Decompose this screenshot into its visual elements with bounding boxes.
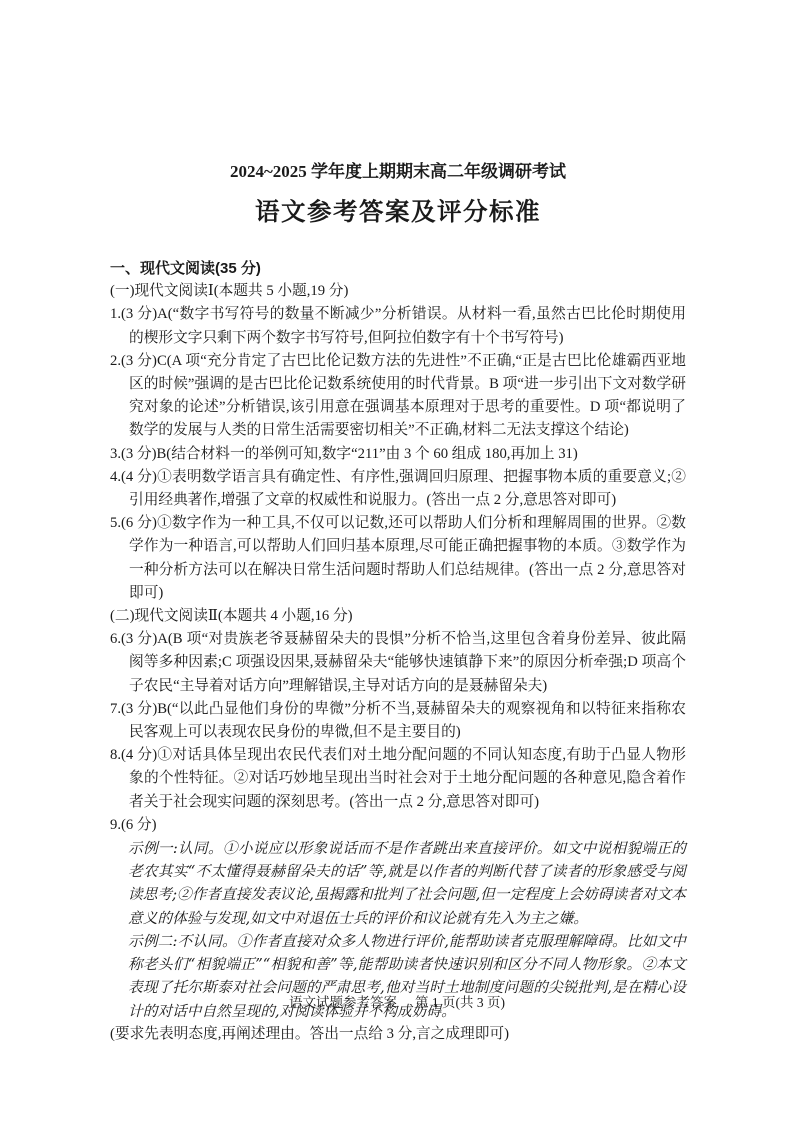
subsection-heading-reading-1: (一)现代文阅读Ⅰ(本题共 5 小题,19 分) [110,280,686,303]
page-footer: 语文试题参考答案第 1 页(共 3 页) [0,991,794,1011]
answer-item-q5: 5.(6 分)①数字作为一种工具,不仅可以记数,还可以帮助人们分析和理解周围的世… [110,512,686,605]
answer-item-q2: 2.(3 分)C(A 项“充分肯定了古巴比伦记数方法的先进性”不正确,“正是古巴… [110,350,686,443]
page-content: 2024~2025 学年度上期期末高二年级调研考试 语文参考答案及评分标准 一、… [110,160,686,1046]
answer-item-q1: 1.(3 分)A(“数字书写符号的数量不断减少”分析错误。从材料一看,虽然古巴比… [110,303,686,349]
answer-item-q4: 4.(4 分)①表明数学语言具有确定性、有序性,强调回归原理、把握事物本质的重要… [110,466,686,512]
document-page: 2024~2025 学年度上期期末高二年级调研考试 语文参考答案及评分标准 一、… [0,0,794,1123]
footer-document-label: 语文试题参考答案 [289,995,397,1010]
page-title: 语文参考答案及评分标准 [110,196,686,230]
answer-item-q7: 7.(3 分)B(“以此凸显他们身份的卑微”分析不当,聂赫留朵夫的观察视角和以特… [110,698,686,744]
example-answer-1: 示例一:认同。①小说应以形象说话而不是作者跳出来直接评价。如文中说相貌端正的老农… [110,837,686,930]
answer-item-q6: 6.(3 分)A(B 项“对贵族老爷聂赫留朵夫的畏惧”分析不恰当,这里包含着身份… [110,628,686,698]
answer-item-q3: 3.(3 分)B(结合材料一的举例可知,数字“211”由 3 个 60 组成 1… [110,443,686,466]
answer-item-q8: 8.(4 分)①对话具体呈现出农民代表们对土地分配问题的不同认知态度,有助于凸显… [110,744,686,814]
answer-item-q9: 9.(6 分) [110,814,686,837]
exam-session-subtitle: 2024~2025 学年度上期期末高二年级调研考试 [110,160,686,184]
answer-body: 一、现代文阅读(35 分) (一)现代文阅读Ⅰ(本题共 5 小题,19 分) 1… [110,257,686,1046]
subsection-heading-reading-2: (二)现代文阅读Ⅱ(本题共 4 小题,16 分) [110,605,686,628]
section-heading-modern-reading: 一、现代文阅读(35 分) [110,257,686,280]
grading-note: (要求先表明态度,再阐述理由。答出一点给 3 分,言之成理即可) [110,1023,686,1046]
footer-page-number: 第 1 页(共 3 页) [415,995,505,1010]
